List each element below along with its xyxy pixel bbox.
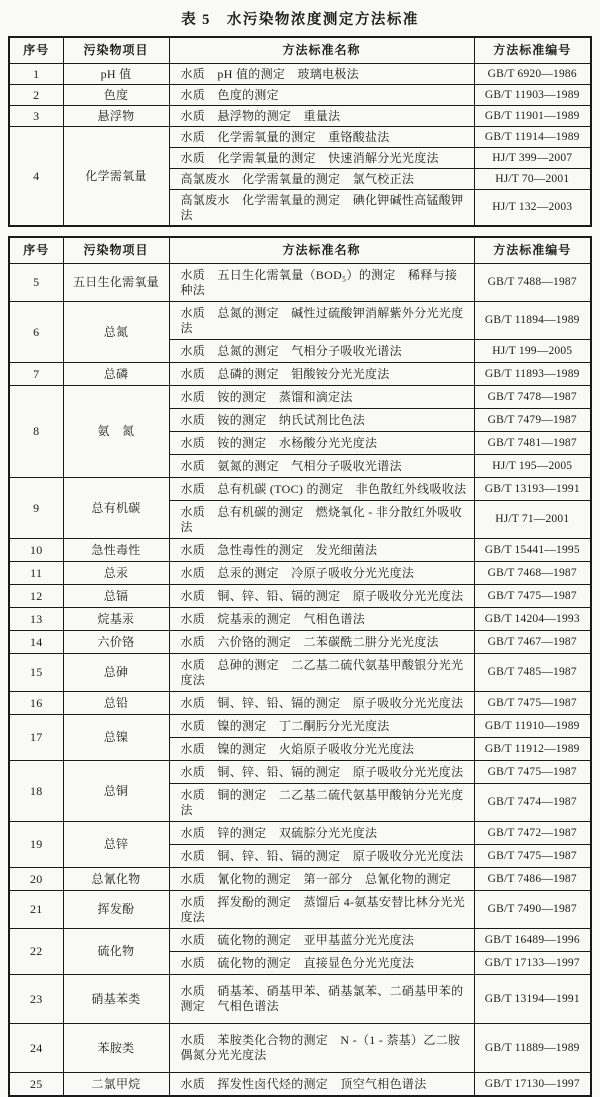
method-code-cell: GB/T 11901—1989 (474, 106, 591, 127)
row-number-cell: 14 (9, 631, 63, 654)
table-row: 17总镍水质 镍的测定 丁二酮肟分光光度法GB/T 11910—1989 (9, 715, 591, 738)
method-code-cell: GB/T 7475—1987 (474, 585, 591, 608)
method-name-cell: 水质 色度的测定 (169, 85, 474, 106)
table-row: 3悬浮物水质 悬浮物的测定 重量法GB/T 11901—1989 (9, 106, 591, 127)
row-number-cell: 15 (9, 654, 63, 692)
method-code-cell: GB/T 13194—1991 (474, 975, 591, 1024)
method-name-cell: 水质 五日生化需氧量（BOD₅）的测定 稀释与接种法 (169, 264, 474, 302)
row-number-cell: 22 (9, 929, 63, 975)
method-code-cell: GB/T 7472—1987 (474, 822, 591, 845)
pollutant-item-cell: 总氮 (63, 302, 169, 363)
table-row: 19总锌水质 锌的测定 双硫腙分光光度法GB/T 7472—1987 (9, 822, 591, 845)
method-code-cell: GB/T 7485—1987 (474, 654, 591, 692)
method-code-cell: GB/T 11912—1989 (474, 738, 591, 761)
method-name-cell: 水质 总有机碳的测定 燃烧氧化 - 非分散红外吸收法 (169, 501, 474, 539)
row-number-cell: 8 (9, 386, 63, 478)
method-name-cell: 水质 铵的测定 纳氏试剂比色法 (169, 409, 474, 432)
pollutant-item-cell: 总氰化物 (63, 868, 169, 891)
column-header-pollutant: 污染物项目 (63, 237, 169, 264)
method-code-cell: GB/T 11889—1989 (474, 1024, 591, 1073)
method-code-cell: GB/T 17133—1997 (474, 952, 591, 975)
table-row: 24苯胺类水质 苯胺类化合物的测定 N -（1 - 萘基）乙二胺偶氮分光光度法G… (9, 1024, 591, 1073)
method-code-cell: GB/T 11903—1989 (474, 85, 591, 106)
method-name-cell: 水质 锌的测定 双硫腙分光光度法 (169, 822, 474, 845)
table-row: 25二氯甲烷水质 挥发性卤代烃的测定 顶空气相色谱法GB/T 17130—199… (9, 1073, 591, 1097)
pollutant-item-cell: 挥发酚 (63, 891, 169, 929)
method-code-cell: HJ/T 399—2007 (474, 148, 591, 169)
method-code-cell: HJ/T 70—2001 (474, 169, 591, 190)
row-number-cell: 20 (9, 868, 63, 891)
table-caption: 表 5 水污染物浓度测定方法标准 (8, 5, 592, 36)
row-number-cell: 16 (9, 692, 63, 715)
pollutant-item-cell: 急性毒性 (63, 539, 169, 562)
pollutant-item-cell: 总铜 (63, 761, 169, 822)
method-name-cell: 高氯废水 化学需氧量的测定 氯气校正法 (169, 169, 474, 190)
row-number-cell: 19 (9, 822, 63, 868)
pollutant-item-cell: 硫化物 (63, 929, 169, 975)
method-code-cell: HJ/T 71—2001 (474, 501, 591, 539)
row-number-cell: 2 (9, 85, 63, 106)
pollutant-item-cell: 总磷 (63, 363, 169, 386)
row-number-cell: 6 (9, 302, 63, 363)
method-name-cell: 水质 铜、锌、铅、镉的测定 原子吸收分光光度法 (169, 692, 474, 715)
column-header-no: 序号 (9, 37, 63, 64)
row-number-cell: 18 (9, 761, 63, 822)
table-row: 21挥发酚水质 挥发酚的测定 蒸馏后 4-氨基安替比林分光光度法GB/T 749… (9, 891, 591, 929)
pollutant-item-cell: 氨 氮 (63, 386, 169, 478)
row-number-cell: 5 (9, 264, 63, 302)
method-name-cell: 水质 硝基苯、硝基甲苯、硝基氯苯、二硝基甲苯的测定 气相色谱法 (169, 975, 474, 1024)
column-header-method-name: 方法标准名称 (169, 237, 474, 264)
method-name-cell: 水质 pH 值的测定 玻璃电极法 (169, 64, 474, 85)
method-name-cell: 水质 烷基汞的测定 气相色谱法 (169, 608, 474, 631)
method-name-cell: 水质 挥发性卤代烃的测定 顶空气相色谱法 (169, 1073, 474, 1097)
document-page: 表 5 水污染物浓度测定方法标准 序号污染物项目方法标准名称方法标准编号1pH … (0, 0, 600, 1097)
table-row: 16总铅水质 铜、锌、铅、镉的测定 原子吸收分光光度法GB/T 7475—198… (9, 692, 591, 715)
method-name-cell: 高氯废水 化学需氧量的测定 碘化钾碱性高锰酸钾法 (169, 190, 474, 227)
method-name-cell: 水质 化学需氧量的测定 重铬酸盐法 (169, 127, 474, 148)
method-name-cell: 水质 急性毒性的测定 发光细菌法 (169, 539, 474, 562)
pollutant-item-cell: 总铅 (63, 692, 169, 715)
method-name-cell: 水质 铜、锌、铅、镉的测定 原子吸收分光光度法 (169, 585, 474, 608)
method-name-cell: 水质 氨氮的测定 气相分子吸收光谱法 (169, 455, 474, 478)
method-name-cell: 水质 总砷的测定 二乙基二硫代氨基甲酸银分光光度法 (169, 654, 474, 692)
row-number-cell: 12 (9, 585, 63, 608)
standards-table-part1: 序号污染物项目方法标准名称方法标准编号1pH 值水质 pH 值的测定 玻璃电极法… (8, 36, 592, 227)
method-name-cell: 水质 总磷的测定 钼酸铵分光光度法 (169, 363, 474, 386)
pollutant-item-cell: 总砷 (63, 654, 169, 692)
method-code-cell: GB/T 11910—1989 (474, 715, 591, 738)
header-row: 序号污染物项目方法标准名称方法标准编号 (9, 37, 591, 64)
table-row: 1pH 值水质 pH 值的测定 玻璃电极法GB/T 6920—1986 (9, 64, 591, 85)
row-number-cell: 13 (9, 608, 63, 631)
pollutant-item-cell: 烷基汞 (63, 608, 169, 631)
method-name-cell: 水质 六价铬的测定 二苯碳酰二肼分光光度法 (169, 631, 474, 654)
table-row: 22硫化物水质 硫化物的测定 亚甲基蓝分光光度法GB/T 16489—1996 (9, 929, 591, 952)
method-name-cell: 水质 总有机碳 (TOC) 的测定 非色散红外线吸收法 (169, 478, 474, 501)
method-code-cell: HJ/T 132—2003 (474, 190, 591, 227)
method-code-cell: GB/T 7475—1987 (474, 761, 591, 784)
method-name-cell: 水质 铵的测定 蒸馏和滴定法 (169, 386, 474, 409)
pollutant-item-cell: 硝基苯类 (63, 975, 169, 1024)
standards-table-part2: 序号污染物项目方法标准名称方法标准编号5五日生化需氧量水质 五日生化需氧量（BO… (8, 236, 592, 1097)
row-number-cell: 10 (9, 539, 63, 562)
pollutant-item-cell: 总有机碳 (63, 478, 169, 539)
row-number-cell: 23 (9, 975, 63, 1024)
method-name-cell: 水质 苯胺类化合物的测定 N -（1 - 萘基）乙二胺偶氮分光光度法 (169, 1024, 474, 1073)
pollutant-item-cell: 色度 (63, 85, 169, 106)
pollutant-item-cell: 化学需氧量 (63, 127, 169, 227)
row-number-cell: 21 (9, 891, 63, 929)
row-number-cell: 7 (9, 363, 63, 386)
row-number-cell: 25 (9, 1073, 63, 1097)
column-header-method-name: 方法标准名称 (169, 37, 474, 64)
table-row: 11总汞水质 总汞的测定 冷原子吸收分光光度法GB/T 7468—1987 (9, 562, 591, 585)
method-code-cell: HJ/T 199—2005 (474, 340, 591, 363)
table-row: 13烷基汞水质 烷基汞的测定 气相色谱法GB/T 14204—1993 (9, 608, 591, 631)
row-number-cell: 11 (9, 562, 63, 585)
table-row: 18总铜水质 铜、锌、铅、镉的测定 原子吸收分光光度法GB/T 7475—198… (9, 761, 591, 784)
row-number-cell: 1 (9, 64, 63, 85)
table-row: 9总有机碳水质 总有机碳 (TOC) 的测定 非色散红外线吸收法GB/T 131… (9, 478, 591, 501)
pollutant-item-cell: 悬浮物 (63, 106, 169, 127)
table-row: 2色度水质 色度的测定GB/T 11903—1989 (9, 85, 591, 106)
method-code-cell: GB/T 7475—1987 (474, 692, 591, 715)
method-code-cell: GB/T 7467—1987 (474, 631, 591, 654)
table-row: 10急性毒性水质 急性毒性的测定 发光细菌法GB/T 15441—1995 (9, 539, 591, 562)
method-code-cell: GB/T 7490—1987 (474, 891, 591, 929)
method-code-cell: GB/T 7475—1987 (474, 845, 591, 868)
table-row: 14六价铬水质 六价铬的测定 二苯碳酰二肼分光光度法GB/T 7467—1987 (9, 631, 591, 654)
pollutant-item-cell: 总镉 (63, 585, 169, 608)
table-row: 8氨 氮水质 铵的测定 蒸馏和滴定法GB/T 7478—1987 (9, 386, 591, 409)
method-code-cell: GB/T 15441—1995 (474, 539, 591, 562)
method-code-cell: GB/T 13193—1991 (474, 478, 591, 501)
column-header-no: 序号 (9, 237, 63, 264)
column-header-method-code: 方法标准编号 (474, 37, 591, 64)
row-number-cell: 9 (9, 478, 63, 539)
pollutant-item-cell: 总锌 (63, 822, 169, 868)
method-code-cell: GB/T 7486—1987 (474, 868, 591, 891)
table-row: 5五日生化需氧量水质 五日生化需氧量（BOD₅）的测定 稀释与接种法GB/T 7… (9, 264, 591, 302)
method-name-cell: 水质 铜的测定 二乙基二硫代氨基甲酸钠分光光度法 (169, 784, 474, 822)
pollutant-item-cell: pH 值 (63, 64, 169, 85)
pollutant-item-cell: 二氯甲烷 (63, 1073, 169, 1097)
method-code-cell: GB/T 7478—1987 (474, 386, 591, 409)
method-code-cell: HJ/T 195—2005 (474, 455, 591, 478)
method-name-cell: 水质 硫化物的测定 直接显色分光光度法 (169, 952, 474, 975)
pollutant-item-cell: 总镍 (63, 715, 169, 761)
method-name-cell: 水质 镍的测定 火焰原子吸收分光光度法 (169, 738, 474, 761)
method-name-cell: 水质 化学需氧量的测定 快速消解分光光度法 (169, 148, 474, 169)
column-header-pollutant: 污染物项目 (63, 37, 169, 64)
method-name-cell: 水质 铵的测定 水杨酸分光光度法 (169, 432, 474, 455)
method-code-cell: GB/T 16489—1996 (474, 929, 591, 952)
row-number-cell: 4 (9, 127, 63, 227)
table-row: 12总镉水质 铜、锌、铅、镉的测定 原子吸收分光光度法GB/T 7475—198… (9, 585, 591, 608)
method-code-cell: GB/T 11914—1989 (474, 127, 591, 148)
method-name-cell: 水质 铜、锌、铅、镉的测定 原子吸收分光光度法 (169, 761, 474, 784)
method-code-cell: GB/T 7474—1987 (474, 784, 591, 822)
method-name-cell: 水质 悬浮物的测定 重量法 (169, 106, 474, 127)
row-number-cell: 24 (9, 1024, 63, 1073)
method-name-cell: 水质 镍的测定 丁二酮肟分光光度法 (169, 715, 474, 738)
table-row: 23硝基苯类水质 硝基苯、硝基甲苯、硝基氯苯、二硝基甲苯的测定 气相色谱法GB/… (9, 975, 591, 1024)
pollutant-item-cell: 总汞 (63, 562, 169, 585)
method-name-cell: 水质 铜、锌、铅、镉的测定 原子吸收分光光度法 (169, 845, 474, 868)
method-name-cell: 水质 总氮的测定 碱性过硫酸钾消解紫外分光光度法 (169, 302, 474, 340)
row-number-cell: 17 (9, 715, 63, 761)
method-name-cell: 水质 挥发酚的测定 蒸馏后 4-氨基安替比林分光光度法 (169, 891, 474, 929)
row-number-cell: 3 (9, 106, 63, 127)
method-code-cell: GB/T 7481—1987 (474, 432, 591, 455)
table-row: 20总氰化物水质 氰化物的测定 第一部分 总氰化物的测定GB/T 7486—19… (9, 868, 591, 891)
method-code-cell: GB/T 11894—1989 (474, 302, 591, 340)
method-name-cell: 水质 总汞的测定 冷原子吸收分光光度法 (169, 562, 474, 585)
method-code-cell: GB/T 7488—1987 (474, 264, 591, 302)
column-header-method-code: 方法标准编号 (474, 237, 591, 264)
method-code-cell: GB/T 11893—1989 (474, 363, 591, 386)
method-name-cell: 水质 氰化物的测定 第一部分 总氰化物的测定 (169, 868, 474, 891)
table-row: 4化学需氧量水质 化学需氧量的测定 重铬酸盐法GB/T 11914—1989 (9, 127, 591, 148)
method-code-cell: GB/T 7479—1987 (474, 409, 591, 432)
header-row: 序号污染物项目方法标准名称方法标准编号 (9, 237, 591, 264)
method-code-cell: GB/T 6920—1986 (474, 64, 591, 85)
method-code-cell: GB/T 14204—1993 (474, 608, 591, 631)
pollutant-item-cell: 苯胺类 (63, 1024, 169, 1073)
method-code-cell: GB/T 7468—1987 (474, 562, 591, 585)
table-row: 7总磷水质 总磷的测定 钼酸铵分光光度法GB/T 11893—1989 (9, 363, 591, 386)
table-row: 6总氮水质 总氮的测定 碱性过硫酸钾消解紫外分光光度法GB/T 11894—19… (9, 302, 591, 340)
method-name-cell: 水质 硫化物的测定 亚甲基蓝分光光度法 (169, 929, 474, 952)
pollutant-item-cell: 六价铬 (63, 631, 169, 654)
method-code-cell: GB/T 17130—1997 (474, 1073, 591, 1097)
pollutant-item-cell: 五日生化需氧量 (63, 264, 169, 302)
method-name-cell: 水质 总氮的测定 气相分子吸收光谱法 (169, 340, 474, 363)
table-row: 15总砷水质 总砷的测定 二乙基二硫代氨基甲酸银分光光度法GB/T 7485—1… (9, 654, 591, 692)
